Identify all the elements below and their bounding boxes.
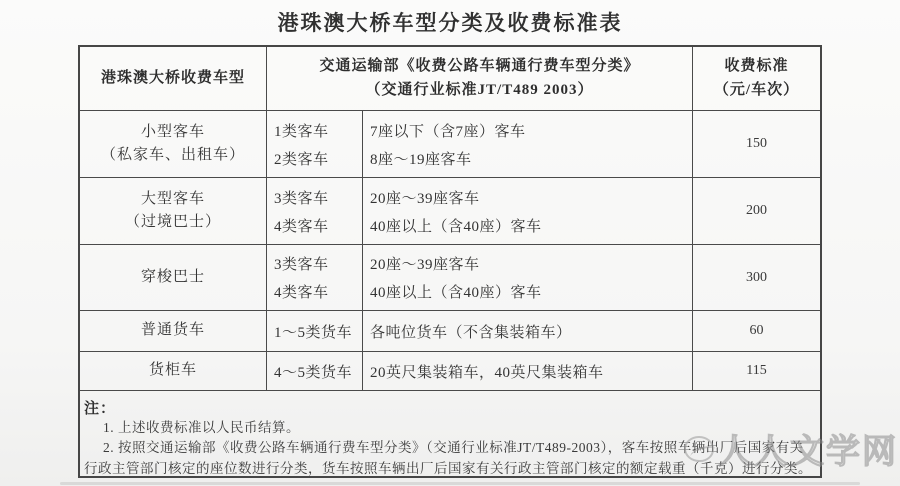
table-row: 大型客车 （过境巴士） 3类客车 4类客车 20座～39座客车 40座以上（含4… xyxy=(80,178,820,245)
scan-artifact xyxy=(60,482,860,485)
header-classification-line2: （交通行业标准JT/T489 2003） xyxy=(366,79,594,102)
description-line: 20座～39座客车 xyxy=(370,253,688,274)
vehicle-type-cell: 小型客车 （私家车、出租车） xyxy=(80,111,267,178)
header-classification: 交通运输部《收费公路车辆通行费车型分类》 （交通行业标准JT/T489 2003… xyxy=(267,47,693,111)
description-line: 40座以上（含40座）客车 xyxy=(370,281,688,302)
class-line: 4类客车 xyxy=(274,281,358,302)
class-cell: 4～5类货车 xyxy=(267,352,363,391)
vehicle-subtitle: （过境巴士） xyxy=(125,211,221,234)
fee-cell: 200 xyxy=(693,178,820,245)
description-line: 20座～39座客车 xyxy=(370,187,688,208)
fee-cell: 60 xyxy=(693,311,820,352)
header-classification-line1: 交通运输部《收费公路车辆通行费车型分类》 xyxy=(319,55,639,78)
header-fee-line1: 收费标准 xyxy=(724,55,788,78)
vehicle-name: 货柜车 xyxy=(149,359,197,382)
description-cell: 20座～39座客车 40座以上（含40座）客车 xyxy=(363,178,693,245)
table-notes: 注： 1. 上述收费标准以人民币结算。 2. 按照交通运输部《收费公路车辆通行费… xyxy=(80,391,820,477)
description-cell: 7座以下（含7座）客车 8座～19座客车 xyxy=(363,111,693,178)
vehicle-type-cell: 大型客车 （过境巴士） xyxy=(80,178,267,245)
class-line: 3类客车 xyxy=(274,253,358,274)
note-item-1: 1. 上述收费标准以人民币结算。 xyxy=(84,418,814,438)
description-cell: 20英尺集装箱车，40英尺集装箱车 xyxy=(363,352,693,391)
vehicle-type-cell: 普通货车 xyxy=(80,311,267,352)
table-row: 小型客车 （私家车、出租车） 1类客车 2类客车 7座以下（含7座）客车 8座～… xyxy=(80,111,820,178)
description-line: 40座以上（含40座）客车 xyxy=(370,215,688,236)
table-row: 普通货车 1～5类货车 各吨位货车（不含集装箱车） 60 xyxy=(80,311,820,352)
fee-cell: 300 xyxy=(693,245,820,311)
vehicle-name: 小型客车 xyxy=(141,121,205,144)
note-item-2: 2. 按照交通运输部《收费公路车辆通行费车型分类》（交通行业标准JT/T489-… xyxy=(84,438,814,479)
class-cell: 3类客车 4类客车 xyxy=(267,245,363,311)
vehicle-name: 穿梭巴士 xyxy=(141,266,205,289)
class-line: 4类客车 xyxy=(274,215,358,236)
class-line: 1类客车 xyxy=(274,120,358,141)
vehicle-name: 普通货车 xyxy=(141,319,205,342)
vehicle-type-cell: 穿梭巴士 xyxy=(80,245,267,311)
header-vehicle-type: 港珠澳大桥收费车型 xyxy=(80,47,267,111)
fee-cell: 150 xyxy=(693,111,820,178)
vehicle-type-cell: 货柜车 xyxy=(80,352,267,391)
fee-cell: 115 xyxy=(693,352,820,391)
description-cell: 各吨位货车（不含集装箱车） xyxy=(363,311,693,352)
description-line: 8座～19座客车 xyxy=(370,148,688,169)
description-line: 7座以下（含7座）客车 xyxy=(370,120,688,141)
page-title: 港珠澳大桥车型分类及收费标准表 xyxy=(0,7,900,37)
class-line: 2类客车 xyxy=(274,148,358,169)
table-row: 货柜车 4～5类货车 20英尺集装箱车，40英尺集装箱车 115 xyxy=(80,352,820,391)
class-cell: 1～5类货车 xyxy=(267,311,363,352)
description-cell: 20座～39座客车 40座以上（含40座）客车 xyxy=(363,245,693,311)
table-row: 穿梭巴士 3类客车 4类客车 20座～39座客车 40座以上（含40座）客车 3… xyxy=(80,245,820,311)
class-cell: 3类客车 4类客车 xyxy=(267,178,363,245)
header-fee: 收费标准 （元/车次） xyxy=(693,47,820,111)
vehicle-name: 大型客车 xyxy=(141,188,205,211)
header-fee-line2: （元/车次） xyxy=(714,79,799,102)
table-header-row: 港珠澳大桥收费车型 交通运输部《收费公路车辆通行费车型分类》 （交通行业标准JT… xyxy=(80,47,820,111)
scanned-document-page: 港珠澳大桥车型分类及收费标准表 港珠澳大桥收费车型 交通运输部《收费公路车辆通行… xyxy=(0,0,900,486)
class-cell: 1类客车 2类客车 xyxy=(267,111,363,178)
vehicle-subtitle: （私家车、出租车） xyxy=(101,144,245,167)
class-line: 3类客车 xyxy=(274,187,358,208)
notes-label: 注： xyxy=(84,397,814,418)
toll-standard-table: 港珠澳大桥收费车型 交通运输部《收费公路车辆通行费车型分类》 （交通行业标准JT… xyxy=(78,45,822,478)
